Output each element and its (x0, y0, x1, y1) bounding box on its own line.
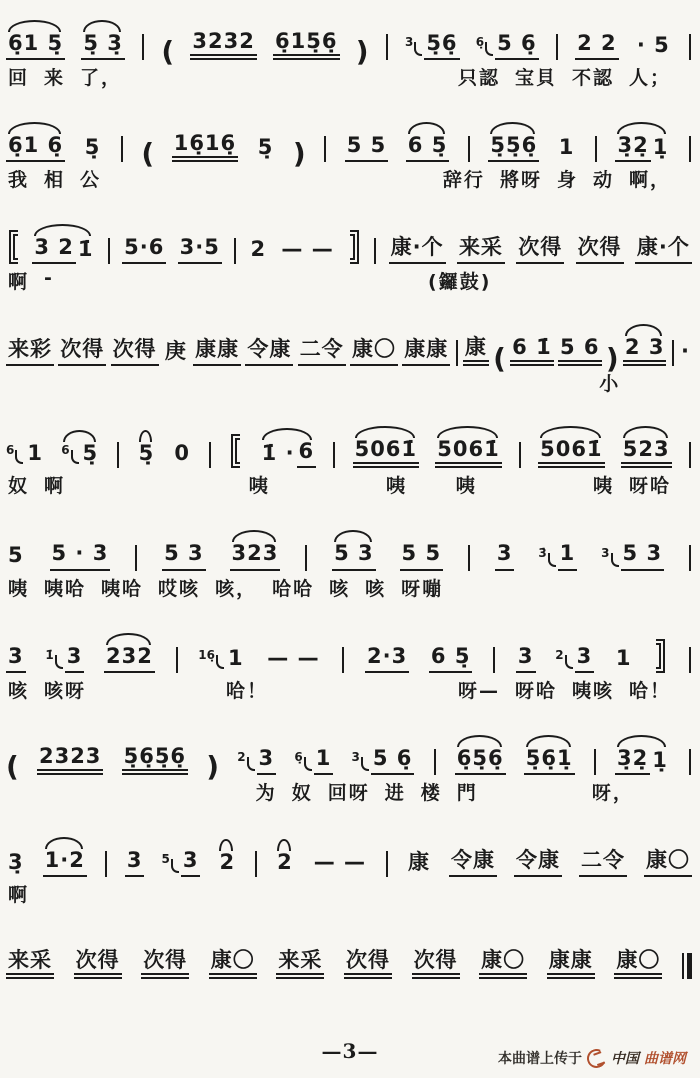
lyric-token: 只認 (458, 63, 500, 90)
note-text: 6̣1 6̣ (6, 134, 65, 162)
lyric-line: 我相公辞行將呀身动啊， (6, 162, 692, 192)
parenthesis: ( (141, 142, 154, 166)
slur-arc (63, 430, 96, 442)
music-line: 6̣1 6̣5̣(16̣16̣5̣)5 56 5̣5̣5̣6̣13̣2̣1̣ (6, 110, 692, 162)
note-text: 康·个 (635, 236, 692, 264)
note-text: 二令 (298, 338, 346, 366)
note-cell: 3 (495, 527, 515, 570)
lyric-token: 將呀 (500, 165, 542, 192)
lyric-token: 不認 (572, 63, 614, 90)
score-system: 31̇323216̣1— —2·36 5̣3231咳咳呀哈！呀—呀哈咦咳哈！ (6, 621, 692, 703)
slur-arc (139, 430, 153, 442)
note-cell: 康〇 (614, 934, 662, 979)
note-text: 5̣6̣1̣ (524, 747, 575, 775)
note-cell: 康·个 (389, 221, 446, 264)
lyric-token: 啊 (8, 880, 29, 907)
note-text: 5 3 (621, 542, 665, 570)
grace-note: 3 (352, 751, 360, 763)
score-system: 55 · 35 33235 35 533̇135 3咦咦哈咦哈哎咳咳，哈哈咳咳呀… (6, 519, 692, 601)
slur-arc (623, 426, 668, 438)
grace-tie-icon (55, 655, 63, 669)
note-text: 3 2 (32, 236, 76, 264)
note-cell: 康康 (402, 323, 450, 366)
grace-tie-icon (485, 42, 493, 56)
grace-note: 6̣ (294, 751, 302, 763)
note-cell: 6̣1 6̣ (6, 119, 65, 162)
barline (456, 340, 458, 366)
barline (135, 545, 137, 571)
note-text: 5̣ (256, 136, 276, 162)
lyric-token: 咦 (249, 471, 270, 498)
note-cell: 康〇 (479, 934, 527, 979)
note-text: 0 (172, 442, 192, 468)
score-system: 6̣1 6̣5̣(16̣16̣5̣)5 56 5̣5̣5̣6̣13̣2̣1̣我相… (6, 110, 692, 192)
note-text: 康 (406, 851, 432, 877)
music-line: 来采次得次得康〇来采次得次得康〇康康康〇 (6, 927, 692, 979)
note-text: 5 5 (400, 542, 444, 570)
note-text: · 5 (635, 34, 672, 60)
note-cell: 6 1̇ (510, 321, 554, 366)
note-cell: 来采 (6, 934, 54, 979)
note-group: 3̣2̣1̣ (615, 732, 670, 775)
lyric-token: 呀— (458, 676, 500, 703)
grace-note: 5 (161, 853, 169, 865)
note-cell: 次得 (141, 934, 189, 979)
lyric-line: 奴啊咦咦咦咦呀哈 (6, 468, 692, 498)
note-text: 令康 (245, 338, 293, 366)
note-text: 康康 (547, 949, 595, 979)
note-cell: 3232 (190, 15, 256, 60)
slur-arc (526, 735, 571, 747)
slur-arc (106, 633, 151, 645)
lyric-token: 辞行 (443, 165, 485, 192)
note-cell: 3̇1 (538, 527, 577, 570)
note-cell: 5 3 (162, 527, 206, 570)
note-cell: 5061̇ (353, 423, 419, 468)
lyric-token: 咳 (329, 574, 350, 601)
lyric-token: 动 (593, 165, 614, 192)
note-text: 3·5 (178, 236, 222, 264)
grace-tie-icon (361, 757, 369, 771)
note-text: 3̣ (6, 851, 26, 877)
note-text: 323 (230, 542, 281, 570)
barline (493, 647, 495, 673)
lyric-token: 咳， (215, 574, 257, 601)
note-text: 来采 (6, 949, 54, 979)
note-cell: 康 (463, 321, 489, 366)
note-cell: 3·5 (178, 221, 222, 264)
note-cell: 16̣16̣ (172, 117, 238, 162)
lyric-token: 呀， (592, 778, 634, 805)
site-name-part1: 中国 (611, 1048, 639, 1068)
note-text: — — (265, 647, 321, 673)
lyric-token: 哈！ (226, 676, 268, 703)
note-cell: 3̣2̣ (615, 747, 650, 775)
note-group: 3 21̇ (32, 221, 95, 264)
music-line: 来彩次得次得庚康康令康二令康〇康康康(6 1̇5 6)2 3· (6, 314, 692, 366)
lyric-token: 咦哈 (44, 574, 86, 601)
note-text: 1 (558, 542, 578, 570)
score-system: 来采次得次得康〇来采次得次得康〇康康康〇 (6, 927, 692, 1008)
note-text: 来彩 (6, 338, 54, 366)
note-cell: 6 5̣ (406, 119, 450, 162)
grace-note: 6 (6, 444, 14, 456)
note-cell: 5·6 (122, 221, 166, 264)
note-text: 次得 (58, 338, 106, 366)
note-text: 6̣15̣6̣ (273, 30, 339, 60)
lyric-token: 回 (8, 63, 29, 90)
note-cell: 来彩 (6, 323, 54, 366)
lyric-token: 咦咳 (572, 676, 614, 703)
watermark: 本曲谱上传于 中国 曲谱网 (498, 1048, 686, 1068)
grace-tie-icon (304, 757, 312, 771)
slur-arc (437, 426, 497, 438)
grace-tie-icon (414, 42, 422, 56)
score-system: (23235̣6̣5̣6̣)236̣135 6̣6̣5̣6̣5̣6̣1̣3̣2̣… (6, 723, 692, 805)
lyric-token: 啊 (8, 267, 29, 294)
note-cell: 5 5 (400, 527, 444, 570)
note-text: 5̣ (81, 442, 101, 468)
note-cell: 1̇ (76, 238, 96, 264)
final-bar-thin (682, 953, 684, 979)
grace-tie-icon (611, 553, 619, 567)
lyric-token: 門 (457, 778, 478, 805)
note-text: 5061̇ (435, 438, 501, 468)
note-cell: 二令 (298, 323, 346, 366)
note-text: 3 (6, 645, 26, 673)
barline (117, 442, 119, 468)
note-text: 5 3 (162, 542, 206, 570)
note-text: 3 (125, 849, 145, 877)
note-cell: 3̣ (6, 836, 26, 877)
note-text: 5 6̣ (371, 747, 415, 775)
slur-arc (232, 530, 277, 542)
note-group: 3̣2̣1̣ (615, 119, 670, 162)
note-cell: 康·个 (635, 221, 692, 264)
music-line: 6̣1 5̣5̣ 3̣(32326̣15̣6̣)35̣6̣6̣5 6̣2 2· … (6, 8, 692, 60)
lyric-token: 咳 (8, 676, 29, 703)
note-cell: 来采 (457, 221, 505, 264)
lyric-token: 咦 (386, 471, 407, 498)
note-text: 5·6 (122, 236, 166, 264)
slur-arc (355, 426, 415, 438)
note-text: 5 (6, 544, 26, 570)
note-text: 庚 (163, 340, 189, 366)
note-cell: 5061̇ (435, 423, 501, 468)
lyric-token: 了， (80, 63, 122, 90)
note-text: 3 (575, 645, 595, 673)
music-line: (23235̣6̣5̣6̣)236̣135 6̣6̣5̣6̣5̣6̣1̣3̣2̣… (6, 723, 692, 775)
note-text: 来采 (457, 236, 505, 264)
barline (519, 442, 521, 468)
barline (689, 647, 691, 673)
note-text: 6̣1 5̣ (6, 32, 65, 60)
note-cell: 1 (614, 632, 634, 673)
grace-note: 6 (61, 444, 69, 456)
lyric-token: 呀哈 (629, 471, 671, 498)
note-cell: 35̣6̣ (405, 17, 460, 60)
final-bar-thick (687, 953, 692, 979)
site-name-part2: 曲谱网 (644, 1048, 686, 1068)
note-cell: 35 3 (601, 527, 664, 570)
note-text: 康〇 (614, 949, 662, 979)
note-cell: 35 6̣ (352, 732, 415, 775)
lyric-token: - (44, 267, 54, 289)
barline (342, 647, 344, 673)
note-cell: 2 (217, 836, 237, 877)
lyric-line: 小 (6, 366, 692, 396)
lyric-token: 人； (629, 63, 671, 90)
slur-arc (334, 530, 372, 542)
note-cell: 23 (237, 732, 276, 775)
barline (374, 238, 376, 264)
grace-note: 1̇ (45, 649, 53, 661)
lyric-line (6, 979, 692, 1008)
barline (468, 545, 470, 571)
note-cell: 5̣6̣1̣ (524, 732, 575, 775)
note-cell: 令康 (514, 834, 562, 877)
barline (255, 851, 257, 877)
lyric-token: 宝貝 (515, 63, 557, 90)
note-cell: 5 (6, 529, 26, 570)
grace-note: 3 (601, 547, 609, 559)
watermark-text: 本曲谱上传于 (498, 1048, 582, 1068)
grace-note: 2 (555, 649, 563, 661)
grace-tie-icon (71, 450, 79, 464)
note-text: 二令 (579, 849, 627, 877)
note-text: 5̣ (83, 136, 103, 162)
note-cell: 23 (555, 630, 594, 673)
lyric-token: (鑼鼓) (428, 267, 491, 294)
grace-tie-icon (216, 655, 224, 669)
barline (105, 851, 107, 877)
note-text: 康康 (402, 338, 450, 366)
note-cell: 5 5 (345, 119, 389, 162)
barline (595, 136, 597, 162)
lyric-token: 楼 (421, 778, 442, 805)
note-cell: 康 (406, 836, 432, 877)
note-cell: 康〇 (644, 834, 692, 877)
note-cell: 令康 (449, 834, 497, 877)
barline (689, 749, 691, 775)
barline (594, 749, 596, 775)
music-line: 6165̣5̣01̇ ·65061̇5061̇5061̇523 (6, 416, 692, 468)
note-text: 康〇 (350, 338, 398, 366)
note-cell: 1̇3 (45, 630, 84, 673)
note-text: 3̣2̣ (615, 747, 650, 775)
lyric-token: 进 (385, 778, 406, 805)
note-text: 5 6 (558, 336, 602, 366)
note-cell: 令康 (245, 323, 293, 366)
note-cell: 2 2 (575, 17, 619, 60)
slur-arc (540, 426, 600, 438)
slur-arc (625, 324, 663, 336)
note-text: 来采 (276, 949, 324, 979)
note-cell: 3 (125, 834, 145, 877)
lyric-token: 奴 (8, 471, 29, 498)
note-cell: 53 (161, 834, 200, 877)
score-system: 来彩次得次得庚康康令康二令康〇康康康(6 1̇5 6)2 3·小 (6, 314, 692, 396)
lyric-token: 哎咳 (158, 574, 200, 601)
note-text: 康康 (193, 338, 241, 366)
barline (386, 34, 388, 60)
note-text: 令康 (514, 849, 562, 877)
note-text: — — (312, 851, 368, 877)
lyric-line: 啊-(鑼鼓) (6, 264, 692, 294)
note-text: 3232 (190, 30, 256, 60)
grace-tie-icon (15, 450, 23, 464)
score-system: 3 21̇5·63·52— —康·个来采次得次得康·个啊-(鑼鼓) (6, 212, 692, 294)
note-cell: 3 (6, 630, 26, 673)
note-text: 2 (248, 238, 268, 264)
slur-arc (277, 839, 291, 851)
note-cell: 6̣5̣6̣ (455, 732, 506, 775)
lyric-line: 咳咳呀哈！呀—呀哈咦咳哈！ (6, 673, 692, 703)
note-text: 6̣5̣6̣ (455, 747, 506, 775)
score-system: 3̣1·235322— —康令康令康二令康〇啊 (6, 825, 692, 907)
site-logo-icon (584, 1046, 608, 1070)
note-cell: 庚 (163, 325, 189, 366)
lyric-token: 哈！ (629, 676, 671, 703)
barline (324, 136, 326, 162)
note-text: 6 1̇ (510, 336, 554, 366)
note-cell: 次得 (576, 221, 624, 264)
slur-arc (219, 839, 233, 851)
note-text: 6 5̣ (429, 645, 473, 673)
note-text: 5 6̣ (495, 32, 539, 60)
note-text: 1̇ · (260, 442, 297, 468)
lyric-token: 咦 (8, 574, 29, 601)
slur-arc (45, 837, 83, 849)
note-text: 2 (275, 851, 295, 877)
note-text: 5̣5̣6̣ (488, 134, 539, 162)
barline (142, 34, 144, 60)
parenthesis: ) (356, 40, 369, 64)
slur-arc (490, 122, 535, 134)
note-text: 2 2 (575, 32, 619, 60)
lyric-token: 呀哈 (515, 676, 557, 703)
note-cell: 1̇ · (260, 442, 297, 468)
lyric-token: 相 (44, 165, 65, 192)
note-cell: 5 · 3 (50, 527, 111, 570)
grace-note: 3̇ (538, 547, 546, 559)
lyric-token: 来 (44, 63, 65, 90)
lyric-line: 啊 (6, 877, 692, 907)
barline (556, 34, 558, 60)
note-cell: · (679, 325, 692, 366)
slur-arc (8, 122, 61, 134)
score-sheet: 6̣1 5̣5̣ 3̣(32326̣15̣6̣)35̣6̣6̣5 6̣2 2· … (0, 0, 700, 1008)
barline (689, 136, 691, 162)
note-cell: 5̣6̣5̣6̣ (122, 730, 188, 775)
note-cell: 3̣2̣ (615, 134, 650, 162)
note-cell: 次得 (412, 934, 460, 979)
note-text: 6 5̣ (406, 134, 450, 162)
barline (234, 238, 236, 264)
note-cell: · 5 (635, 19, 672, 60)
note-text: 16̣16̣ (172, 132, 238, 162)
note-cell: 232 (104, 630, 155, 673)
note-text: 康〇 (209, 949, 257, 979)
note-cell: 次得 (516, 221, 564, 264)
note-text: 3 (65, 645, 85, 673)
lyric-line: 回来了，只認宝貝不認人； (6, 60, 692, 90)
note-text: 2·3 (365, 645, 409, 673)
note-cell: 6̣1 (294, 732, 333, 775)
lyric-token: 啊， (629, 165, 671, 192)
grace-note: 16̣ (198, 649, 215, 661)
open-bracket (9, 230, 18, 264)
note-text: 康·个 (389, 236, 446, 264)
parenthesis: ( (161, 40, 174, 64)
open-bracket (231, 434, 240, 468)
note-text: 1̇ (76, 238, 96, 264)
note-text: 次得 (516, 236, 564, 264)
lyric-token: 呀嘣 (401, 574, 443, 601)
note-text: 3 (516, 645, 536, 673)
note-cell: 6̣15̣6̣ (273, 15, 339, 60)
note-cell: 5̣ 3̣ (81, 17, 125, 60)
note-cell: 2 3 (623, 321, 667, 366)
grace-note: 3 (405, 36, 413, 48)
lyric-line: 为奴回呀进楼門呀， (6, 775, 692, 805)
note-text: 5 · 3 (50, 542, 111, 570)
note-text: 5061̇ (538, 438, 604, 468)
note-text: 1̣ (650, 749, 670, 775)
lyric-token: 啊 (44, 471, 65, 498)
lyric-token: 哈哈 (272, 574, 314, 601)
grace-tie-icon (565, 655, 573, 669)
note-text: — — (279, 238, 335, 264)
note-text: 5 5 (345, 134, 389, 162)
note-cell: 二令 (579, 834, 627, 877)
slur-arc (8, 20, 61, 32)
note-text: 2 (217, 851, 237, 877)
note-cell: 1 (557, 121, 577, 162)
note-text: 2323 (37, 745, 103, 775)
note-cell: 2323 (37, 730, 103, 775)
parenthesis: ) (293, 142, 306, 166)
note-cell: 5̣ (137, 427, 157, 468)
note-cell: 5 3 (332, 527, 376, 570)
page-footer: —3— 本曲谱上传于 中国 曲谱网 (0, 1034, 700, 1068)
note-cell: 来采 (276, 934, 324, 979)
grace-tie-icon (247, 757, 255, 771)
note-cell: 5 6 (558, 321, 602, 366)
note-cell: 6 5̣ (429, 630, 473, 673)
barline (108, 238, 110, 264)
note-cell: 0 (172, 427, 192, 468)
note-cell: 康康 (547, 934, 595, 979)
note-cell: 6̣5 6̣ (476, 17, 539, 60)
note-cell: 65̣ (61, 427, 100, 468)
note-cell: 6 (297, 440, 317, 468)
barline (689, 34, 691, 60)
note-cell: 1̣ (651, 136, 671, 162)
grace-note: 2 (237, 751, 245, 763)
barline (333, 442, 335, 468)
note-text: 次得 (412, 949, 460, 979)
barline (176, 647, 178, 673)
note-text: 令康 (449, 849, 497, 877)
parenthesis: ) (606, 347, 619, 371)
slur-arc (617, 735, 666, 747)
note-cell: 2·3 (365, 630, 409, 673)
music-line: 31̇323216̣1— —2·36 5̣3231 (6, 621, 692, 673)
note-text: 5̣6̣ (424, 32, 459, 60)
note-text: 次得 (576, 236, 624, 264)
barline (689, 442, 691, 468)
